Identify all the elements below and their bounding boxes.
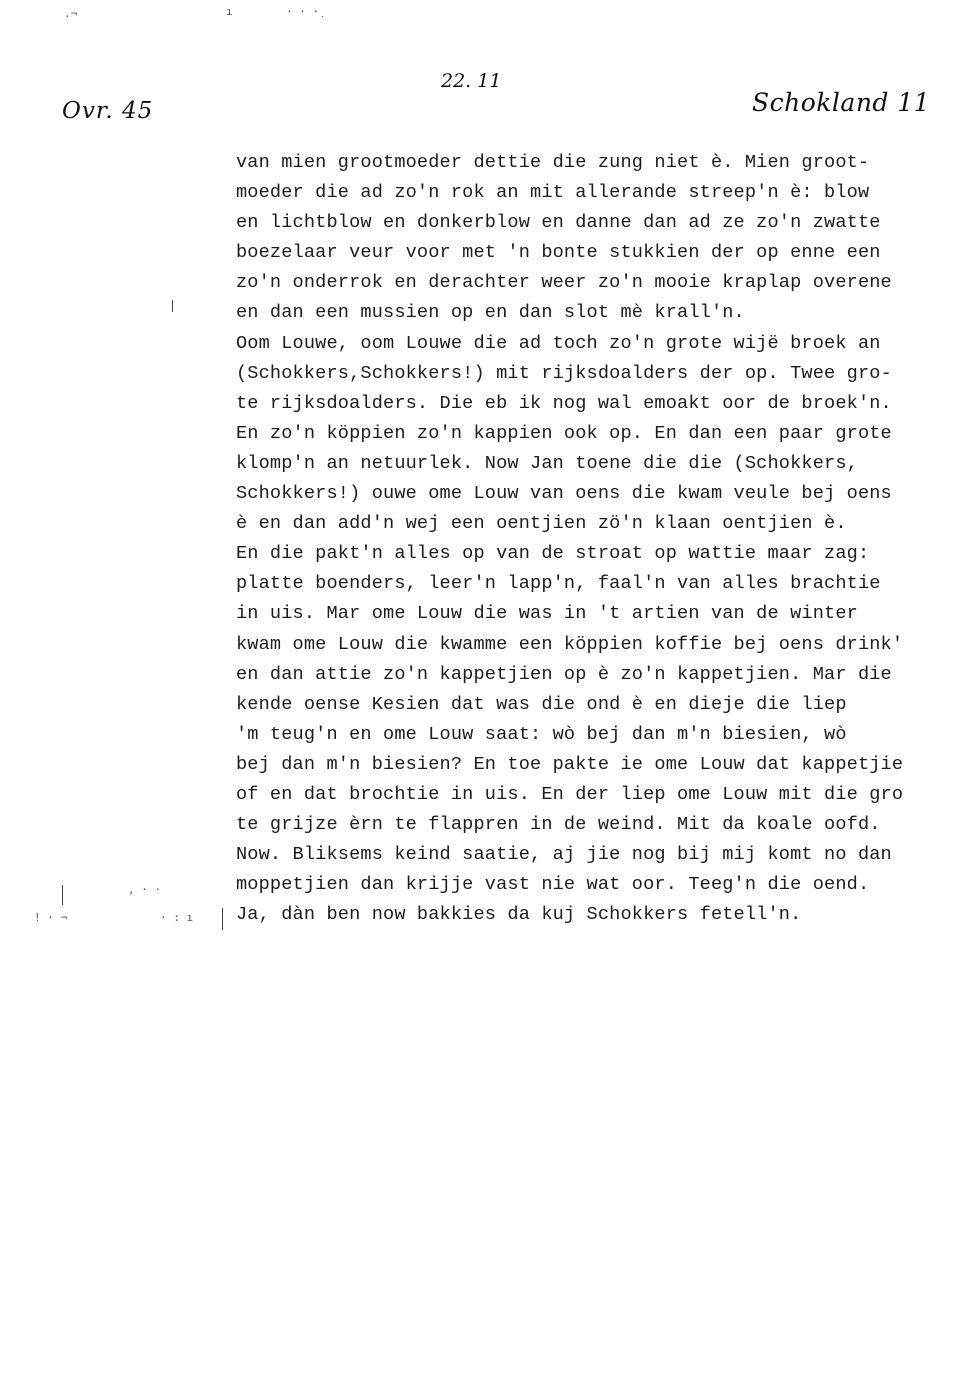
text-line: platte boenders, leer'n lapp'n, faal'n v… [236,569,966,599]
text-line: (Schokkers,Schokkers!) mit rijksdoalders… [236,359,966,389]
text-line: van mien grootmoeder dettie die zung nie… [236,148,966,178]
text-line: Schokkers!) ouwe ome Louw van oens die k… [236,479,966,509]
text-line: kwam ome Louw die kwamme een köppien kof… [236,630,966,660]
location-annotation: Schokland 11 [752,88,930,117]
text-line: of en dat brochtie in uis. En der liep o… [236,780,966,810]
text-line: Ja, dàn ben now bakkies da kuj Schokkers… [236,900,966,930]
text-line: Oom Louwe, oom Louwe die ad toch zo'n gr… [236,329,966,359]
text-line: kende oense Kesien dat was die ond è en … [236,690,966,720]
margin-bracket [222,908,223,930]
text-line: En die pakt'n alles op van de stroat op … [236,539,966,569]
text-line: te grijze èrn te flappren in de weind. M… [236,810,966,840]
text-line: zo'n onderrok en derachter weer zo'n moo… [236,268,966,298]
text-line: 'm teug'n en ome Louw saat: wò bej dan m… [236,720,966,750]
margin-mark [62,885,63,905]
text-line: moeder die ad zo'n rok an mit allerande … [236,178,966,208]
text-line: te rijksdoalders. Die eb ik nog wal emoa… [236,389,966,419]
page-number-annotation: 22. 11 [441,70,501,92]
margin-mark [172,300,173,312]
scan-artifact: · · ·̣ [286,6,319,17]
text-line: in uis. Mar ome Louw die was in 't artie… [236,599,966,629]
text-line: klomp'n an netuurlek. Now Jan toene die … [236,449,966,479]
archive-reference-annotation: Ovr. 45 [62,98,153,124]
typed-transcript: van mien grootmoeder dettie die zung nie… [236,148,966,930]
text-line: En zo'n köppien zo'n kappien ook op. En … [236,419,966,449]
text-line: è en dan add'n wej een oentjien zö'n kla… [236,509,966,539]
text-line: en lichtblow en donkerblow en danne dan … [236,208,966,238]
scan-artifact: , · · [128,884,161,895]
scan-artifact: ! · ¬ [34,912,67,923]
text-line: bej dan m'n biesien? En toe pakte ie ome… [236,750,966,780]
text-line: en dan attie zo'n kappetjien op è zo'n k… [236,660,966,690]
scan-artifact: ı [226,6,233,17]
text-line: en dan een mussien op en dan slot mè kra… [236,298,966,328]
scan-artifact: · : ı [160,912,193,923]
text-line: Now. Bliksems keind saatie, aj jie nog b… [236,840,966,870]
text-line: boezelaar veur voor met 'n bonte stukkie… [236,238,966,268]
text-line: moppetjien dan krijje vast nie wat oor. … [236,870,966,900]
scan-artifact: .¬ [64,8,77,19]
